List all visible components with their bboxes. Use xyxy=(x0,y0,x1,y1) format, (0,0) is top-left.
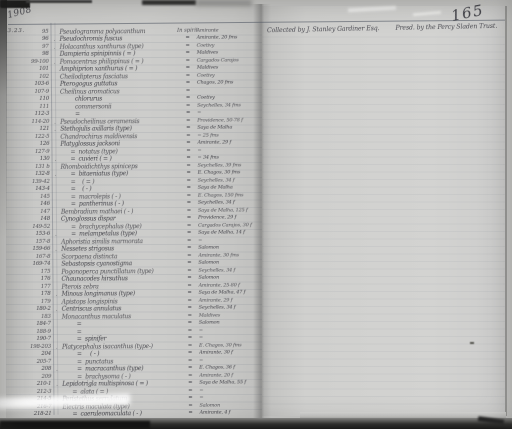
entry-dot: . xyxy=(56,367,58,373)
scan-speck xyxy=(470,342,474,344)
locality-cell: Saya de Malha, 55 f xyxy=(199,379,261,385)
condition-cell: = xyxy=(175,88,201,94)
species-cell: Sebastopsis cyanostigma xyxy=(61,260,132,268)
reg-no-cell: 146 xyxy=(24,201,50,207)
reg-no-cell: 180-2 xyxy=(25,306,51,312)
species-cell: Pseudochromis fuscus xyxy=(60,36,123,43)
reg-no-cell: 188-9 xyxy=(25,328,51,334)
entry-dot: . xyxy=(55,232,57,238)
species-cell: = cuvieri ( = ) xyxy=(60,156,111,163)
reg-no-cell: 176 xyxy=(24,276,50,282)
locality-cell: Maldives xyxy=(197,65,259,71)
locality-cell: E. Chagos, 30 fms xyxy=(199,342,261,348)
reg-no-cell: 122-5 xyxy=(23,134,49,140)
locality-cell: Amirante, 30 f xyxy=(199,349,261,355)
species-cell: Minous longimanus (type) xyxy=(62,290,135,298)
locality-cell: Maldives xyxy=(197,50,259,56)
species-cell: Pomacentrus philippinus ( = ) xyxy=(60,58,144,66)
locality-cell: Salomon xyxy=(199,319,261,325)
reg-no-cell: 132-8 xyxy=(24,171,50,177)
reg-no-cell: 110 xyxy=(23,96,49,102)
species-cell: Dampieria spinipinnis ( = ) xyxy=(60,51,136,59)
species-cell: Rhomboidichthys spiniceps xyxy=(61,163,138,171)
species-cell: = ( = ) xyxy=(61,178,95,185)
ledger-scan: 1908 3.23. 95Pseudogramma polyacanthumIn… xyxy=(0,0,512,429)
locality-cell: Amirante, 20 fms xyxy=(197,35,259,41)
locality-cell: Seychelles, 34 f xyxy=(198,177,260,183)
species-cell: = ( - ) xyxy=(61,186,92,193)
species-cell: = xyxy=(60,111,80,118)
species-cell: Cheilinus aromaticus xyxy=(60,88,119,95)
locality-cell: Amirante xyxy=(196,27,258,33)
locality-cell: Cargados Carajos xyxy=(197,57,259,63)
scan-artifact-top xyxy=(196,0,252,6)
locality-cell: E. Chagos, 36 f xyxy=(199,364,261,370)
species-cell: = spinifer xyxy=(62,335,106,342)
locality-cell: = xyxy=(199,394,261,400)
reg-no-cell: 218-21 xyxy=(26,411,52,417)
locality-cell: = xyxy=(198,237,260,243)
reg-no-cell: 177 xyxy=(25,283,51,289)
species-cell: Stethojulis axillaris (type) xyxy=(60,126,132,134)
locality-cell: Cargados Carajos, 30 f xyxy=(198,222,260,228)
locality-cell: Salomon xyxy=(199,402,261,408)
reg-no-cell: 178 xyxy=(25,291,51,297)
entry-dot: . xyxy=(55,247,57,253)
reg-no-cell: 210-1 xyxy=(25,381,51,387)
locality-cell: Chagos, 20 fms xyxy=(197,80,259,86)
reg-no-cell: 126 xyxy=(23,141,49,147)
entry-dot: . xyxy=(54,127,56,133)
reg-no-cell: 98 xyxy=(23,51,49,57)
reg-no-cell: 208 xyxy=(25,366,51,372)
locality-cell: Amirante, 30 fms xyxy=(198,252,260,258)
reg-no-cell: 121 xyxy=(23,126,49,132)
locality-cell: Coetivy xyxy=(197,95,259,101)
reg-no-cell: 114-20 xyxy=(23,119,49,125)
species-cell: Pogonoperca punctillatum (type) xyxy=(61,268,153,276)
species-cell: Pseudocheilinus ceramensis xyxy=(60,118,139,126)
reg-no-cell: 153-6 xyxy=(24,231,50,237)
reg-no-cell: 111 xyxy=(23,104,49,110)
locality-cell: E. Chagos, 150 fms xyxy=(198,192,260,198)
reg-no-cell: 148 xyxy=(24,216,50,222)
locality-cell: Amirante, 20 f xyxy=(199,372,261,378)
reg-no-cell: 204 xyxy=(25,351,51,357)
entry-dot: . xyxy=(56,344,58,350)
species-cell: = bitaeniatus (type) xyxy=(61,171,128,179)
locality-cell: Amirante, 29 f xyxy=(199,297,261,303)
species-cell: Pseudogramma polyacanthum xyxy=(59,28,145,36)
reg-no-cell: 157-8 xyxy=(24,239,50,245)
species-cell: = notatus (type) xyxy=(60,148,117,155)
species-cell: Platycephalus isacanthus (type-) xyxy=(62,343,153,351)
species-cell: = pantherinus ( - ) xyxy=(61,201,124,208)
reg-no-cell: 139-42 xyxy=(24,179,50,185)
locality-cell: Coetivy xyxy=(197,42,259,48)
reg-no-cell: 130 xyxy=(24,156,50,162)
locality-cell: Salomon xyxy=(198,274,260,280)
species-cell: Amphiprion xanthurus ( = ) xyxy=(60,66,137,74)
scan-artifact-top xyxy=(142,0,196,5)
entry-dot: . xyxy=(55,157,57,163)
entry-dot: . xyxy=(54,60,56,66)
species-cell: Platyglossus jacksoni xyxy=(60,141,119,148)
species-cell: Lepidotrigla multispinosa ( = ) xyxy=(62,380,148,388)
species-cell: = caeruleomaculata ( - ) xyxy=(62,410,141,418)
locality-cell: E. Chagos, 30 fms xyxy=(198,169,260,175)
species-cell: = melampetalus (type) xyxy=(61,230,137,238)
locality-cell: Seychelles, 34 f xyxy=(198,267,260,273)
reg-no-cell: 169-74 xyxy=(24,261,50,267)
reg-no-cell: 149-52 xyxy=(24,224,50,230)
reg-no-cell: 96 xyxy=(23,36,49,42)
species-cell: = punctatus xyxy=(62,358,113,365)
locality-cell: Saya de Malha, 14 f xyxy=(198,229,260,235)
reg-no-cell: 95 xyxy=(23,29,49,35)
reg-no-cell: 97 xyxy=(23,44,49,50)
species-cell: Holacanthus xanthurus (type) xyxy=(60,43,144,51)
locality-cell: Seychelles, 34 f xyxy=(198,199,260,205)
species-cell: = xyxy=(62,321,82,328)
locality-cell: Salomon xyxy=(198,244,260,250)
locality-cell: Saya de Malha xyxy=(198,184,260,190)
reg-no-cell: 198-203 xyxy=(25,343,51,349)
entry-dot: . xyxy=(54,45,56,51)
reg-no-cell: 131 b xyxy=(24,164,50,170)
locality-cell: Seychelles, 34 f xyxy=(199,304,261,310)
locality-cell: Saya de Malha xyxy=(197,125,259,131)
scan-bottom-shadow xyxy=(0,421,150,429)
species-cell: = brachycephalus (type) xyxy=(61,223,142,231)
locality-cell: Maldives xyxy=(199,312,261,318)
scan-artifact-left-edge xyxy=(0,0,7,240)
reg-no-cell: 184-7 xyxy=(25,321,51,327)
reg-no-cell: 112-3 xyxy=(23,111,49,117)
locality-cell: = xyxy=(197,110,259,116)
species-cell: = brachysoma ( - ) xyxy=(62,373,130,381)
species-cell: Chaunacodes hirsuthus xyxy=(61,275,127,283)
reg-no-cell: 159-66 xyxy=(24,246,50,252)
locality-cell: Providence, 29 f xyxy=(198,214,260,220)
locality-cell: = xyxy=(199,334,261,340)
scan-artifact-top xyxy=(26,0,92,3)
locality-cell: = xyxy=(199,327,261,333)
entry-dot: . xyxy=(54,37,56,43)
locality-cell: = xyxy=(197,147,259,153)
species-cell: Chandrochirus maldivensis xyxy=(60,133,137,141)
reg-no-cell: 99-100 xyxy=(23,59,49,65)
species-cell: Pterogogus guttatus xyxy=(60,81,117,88)
reg-no-cell: 103-6 xyxy=(23,81,49,87)
species-cell: = xyxy=(62,328,82,335)
species-cell: Aphoristia similis marmorata xyxy=(61,238,143,246)
species-cell: = ( - ) xyxy=(62,351,99,358)
reg-no-cell: 107-9 xyxy=(23,89,49,95)
species-cell: chlorurus xyxy=(60,96,102,103)
species-cell: Monacanthus maculatus xyxy=(62,313,131,321)
species-cell: Nessetes strigosus xyxy=(61,246,114,253)
entry-dot: . xyxy=(55,172,57,178)
reg-no-cell: 209 xyxy=(25,373,51,379)
reg-no-cell: 143-4 xyxy=(24,186,50,192)
locality-cell: Amirante, 29 f xyxy=(197,140,259,146)
species-cell: Cynoglossus dispar xyxy=(61,216,116,223)
reg-no-cell: 190-7 xyxy=(25,336,51,342)
reg-no-cell: 145 xyxy=(24,194,50,200)
locality-cell: = xyxy=(199,357,261,363)
species-cell: Pterois zebra xyxy=(61,283,98,290)
reg-no-cell: 127-9 xyxy=(23,149,49,155)
locality-cell: Providence, 50-78 f xyxy=(197,117,259,123)
locality-cell: = xyxy=(199,387,261,393)
reg-no-cell: 147 xyxy=(24,209,50,215)
locality-cell: = 34 fms xyxy=(197,155,259,161)
entry-dot: . xyxy=(56,292,58,298)
locality-cell: Seychelles, 39 fms xyxy=(198,162,260,168)
locality-cell: Saya de Malha, 125 f xyxy=(198,207,260,213)
reg-no-cell: 205-7 xyxy=(25,358,51,364)
left-page-content: 1908 3.23. 95Pseudogramma polyacanthumIn… xyxy=(0,0,512,429)
species-cell: Apistops longispinis xyxy=(62,298,118,305)
reg-no-cell: 101 xyxy=(23,66,49,72)
species-cell: = macrolepis ( - ) xyxy=(61,193,121,200)
reg-no-cell: 102 xyxy=(23,74,49,80)
locality-cell: Amirante, 4 f xyxy=(199,409,261,415)
entry-dot: . xyxy=(56,382,58,388)
species-cell: Centriscus annulatus xyxy=(62,305,122,312)
reg-no-cell: 212-3 xyxy=(25,388,51,394)
species-cell: = macracanthus (type) xyxy=(62,365,143,373)
locality-cell: Salomon xyxy=(198,259,260,265)
reg-no-cell: 183 xyxy=(25,313,51,319)
reg-no-cell: 179 xyxy=(25,298,51,304)
reg-no-cell: 175 xyxy=(24,269,50,275)
locality-cell: Saya de Malha, 47 f xyxy=(199,289,261,295)
species-cell: Bembradium mathaei ( - ) xyxy=(61,208,133,216)
locality-cell: Coetivy xyxy=(197,72,259,78)
reg-no-cell: 167-8 xyxy=(24,254,50,260)
locality-cell: Seychelles, 34 fms xyxy=(197,102,259,108)
species-cell: commersonii xyxy=(60,103,111,110)
locality-cell: Amirante, 25-80 f xyxy=(198,282,260,288)
locality-cell: = 25 fms xyxy=(197,132,259,138)
species-cell: Cheilodipterus fasciatus xyxy=(60,73,128,81)
species-cell: Scorpaena distincta xyxy=(61,253,117,260)
entry-dot: . xyxy=(54,120,56,126)
entry-dot: . xyxy=(56,307,58,313)
